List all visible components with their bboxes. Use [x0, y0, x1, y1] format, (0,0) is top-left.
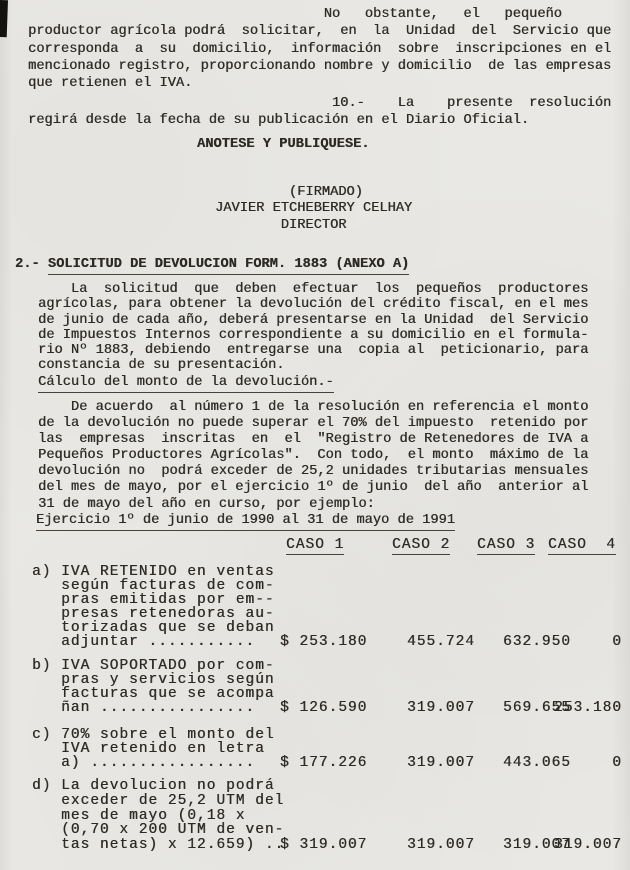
row-b-caso1-value: $ 126.590	[280, 701, 367, 715]
row-b-caso2-value: 319.007	[407, 701, 475, 715]
row-d-caso4-value: 319.007	[554, 838, 622, 852]
paragraph-acuerdo: De acuerdo al número 1 de la resolución …	[38, 400, 588, 513]
scan-artifact-mark	[0, 0, 8, 37]
column-header-caso4: CASO 4	[548, 538, 616, 555]
section-2-number: 2.-	[15, 257, 48, 272]
section-2-title: SOLICITUD DE DEVOLUCION FORM. 1883 (ANEX…	[48, 257, 409, 275]
row-c-caso2-value: 319.007	[407, 756, 475, 770]
row-b-caso4-value: 253.180	[554, 701, 622, 715]
section-2-heading: 2.- SOLICITUD DE DEVOLUCION FORM. 1883 (…	[15, 256, 409, 273]
row-c-caso1-value: $ 177.226	[280, 756, 367, 770]
row-d-caso2-value: 319.007	[407, 838, 475, 852]
scanned-document-page: No obstante, el pequeño productor agríco…	[0, 0, 630, 870]
column-header-caso2: CASO 2	[392, 538, 450, 555]
column-header-caso3: CASO 3	[477, 538, 535, 555]
table-row-d-label: d) La devolucion no podrá exceder de 25,…	[32, 779, 284, 853]
row-d-caso1-value: $ 319.007	[280, 838, 367, 852]
row-a-caso1-value: $ 253.180	[280, 635, 367, 649]
paragraph-resolution-10: 10.- La presente resolución regirá desde…	[28, 95, 611, 130]
row-a-caso2-value: 455.724	[407, 635, 475, 649]
ejercicio-heading: Ejercicio 1º de junio de 1990 al 31 de m…	[36, 512, 455, 529]
table-row-a-label: a) IVA RETENIDO en ventas según facturas…	[32, 565, 275, 649]
anotese-line: ANOTESE Y PUBLIQUESE.	[197, 136, 370, 153]
column-header-caso1: CASO 1	[286, 538, 344, 555]
signature-block: (FIRMADO) JAVIER ETCHEBERRY CELHAY DIREC…	[215, 185, 412, 234]
paragraph-intro: No obstante, el pequeño productor agríco…	[28, 6, 611, 92]
calculo-heading: Cálculo del monto de la devolución.-	[38, 374, 334, 391]
table-row-c-label: c) 70% sobre el monto del IVA retenido e…	[32, 728, 275, 770]
ejercicio-heading-text: Ejercicio 1º de junio de 1990 al 31 de m…	[36, 513, 455, 531]
row-a-caso4-value: 0	[554, 635, 622, 649]
calculo-heading-text: Cálculo del monto de la devolución.-	[38, 375, 334, 393]
row-c-caso4-value: 0	[554, 756, 622, 770]
table-row-b-label: b) IVA SOPORTADO por com- pras y servici…	[32, 659, 275, 715]
paragraph-solicitud: La solicitud que deben efectuar los pequ…	[38, 282, 588, 374]
